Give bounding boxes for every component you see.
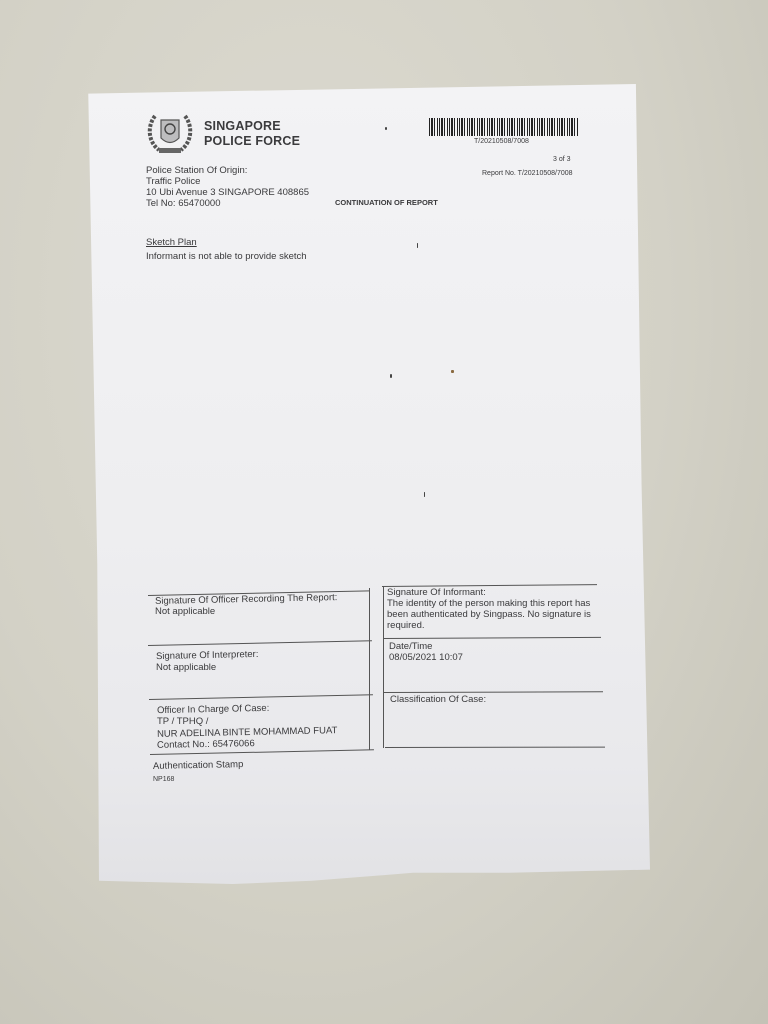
informant-signature-value: The identity of the person making this r…	[387, 598, 597, 631]
interpreter-signature-value: Not applicable	[156, 662, 216, 673]
form-code: NP168	[153, 776, 174, 783]
org-name-line2: POLICE FORCE	[204, 134, 300, 149]
sketch-text: Informant is not able to provide sketch	[146, 251, 307, 262]
station-tel: Tel No: 65470000	[146, 198, 220, 209]
station-label: Police Station Of Origin:	[146, 165, 247, 176]
station-address: 10 Ubi Avenue 3 SINGAPORE 408865	[146, 187, 309, 198]
barcode-text: T/20210508/7008	[474, 138, 529, 145]
authentication-stamp-label: Authentication Stamp	[153, 759, 244, 772]
barcode	[429, 118, 578, 136]
org-name-line1: SINGAPORE	[204, 119, 281, 134]
oic-label: Officer In Charge Of Case:	[157, 703, 270, 716]
document-title: CONTINUATION OF REPORT	[335, 198, 438, 207]
classification-label: Classification Of Case:	[390, 694, 486, 705]
page-indicator: 3 of 3	[553, 156, 571, 163]
datetime-value: 08/05/2021 10:07	[389, 652, 463, 663]
interpreter-signature-label: Signature Of Interpreter:	[156, 649, 259, 662]
datetime-label: Date/Time	[389, 641, 432, 652]
informant-signature-label: Signature Of Informant:	[387, 587, 486, 598]
report-number: Report No. T/20210508/7008	[482, 170, 573, 177]
oic-unit: TP / TPHQ /	[157, 716, 208, 727]
police-crest-icon	[145, 110, 195, 158]
officer-signature-value: Not applicable	[155, 606, 215, 617]
sketch-heading: Sketch Plan	[146, 237, 197, 248]
oic-contact: Contact No.: 65476066	[157, 738, 255, 751]
station-name: Traffic Police	[146, 176, 200, 187]
